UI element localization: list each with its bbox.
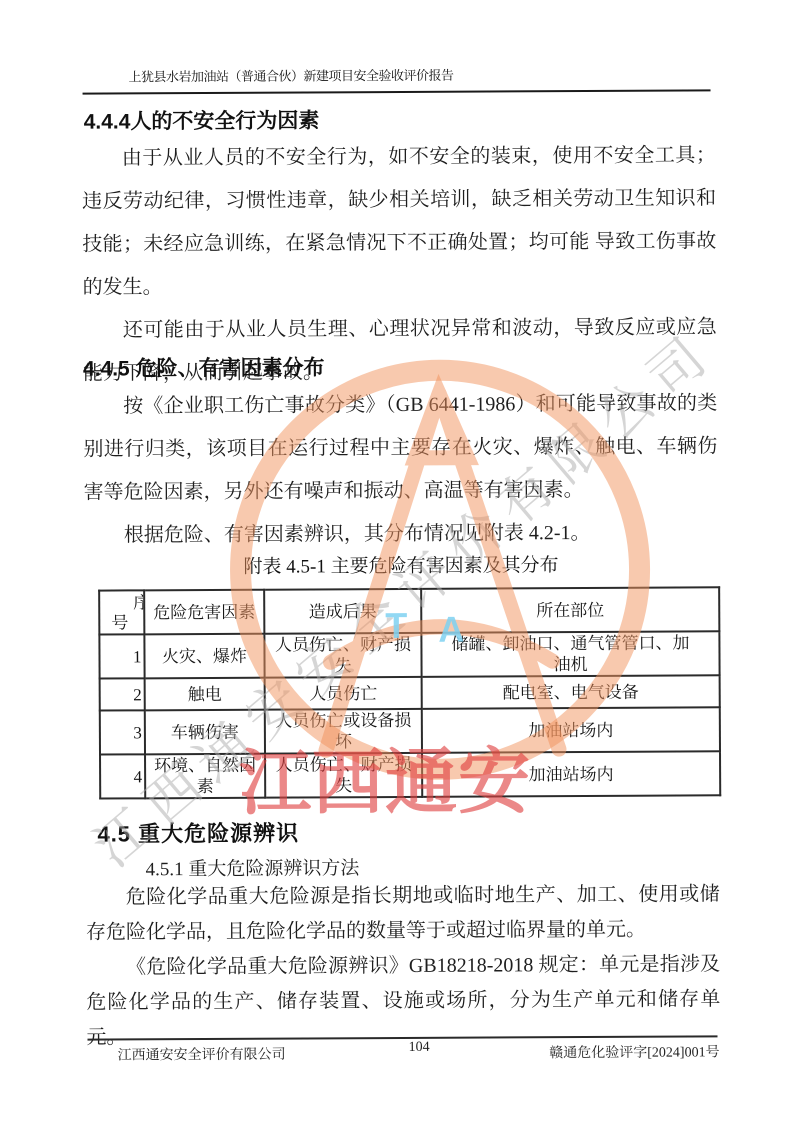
cell-factor: 环境、自然因素: [145, 754, 265, 799]
cell-consequence: 人员伤亡或设备损坏: [265, 709, 422, 754]
running-header-title: 上犹县水岩加油站（普通合伙）新建项目安全验收评价报告: [128, 65, 453, 86]
table-row: 3 车辆伤害 人员伤亡或设备损坏 加油站场内: [100, 707, 720, 754]
hazard-table: 序号 危险危害因素 造成后果 所在部位 1 火灾、爆炸 人员伤亡、财产损失 储罐…: [98, 586, 721, 799]
section-heading-444: 4.4.4人的不安全行为因素: [84, 104, 320, 135]
paragraph: 危险化学品重大危险源是指长期地或临时地生产、加工、使用或储存危险化学品，且危险化…: [86, 877, 720, 950]
section-45-body: 危险化学品重大危险源是指长期地或临时地生产、加工、使用或储存危险化学品，且危险化…: [86, 877, 721, 1055]
cell-seq: 1: [99, 634, 144, 678]
cell-consequence: 人员伤亡、财产损失: [264, 633, 421, 678]
table-caption: 附表 4.5-1 主要危险有害因素及其分布: [84, 549, 718, 579]
document-number: 赣通危化验评字[2024]001号: [549, 1041, 719, 1062]
table-row: 2 触电 人员伤亡 配电室、电气设备: [100, 675, 720, 710]
column-header-location: 所在部位: [421, 587, 719, 633]
cell-consequence: 人员伤亡、财产损失: [265, 753, 422, 798]
cell-location: 储罐、卸油口、通气管管口、加油机: [421, 631, 719, 677]
cell-location: 加油站场内: [422, 707, 720, 753]
footer-company: 江西通安安全评价有限公司: [118, 1044, 286, 1065]
column-header-factor: 危险危害因素: [144, 590, 264, 635]
paragraph: 由于从业人员的不安全行为，如不安全的装束，使用不安全工具；违反劳动纪律，习惯性违…: [82, 134, 717, 309]
section-445-body: 按《企业职工伤亡事故分类》（GB 6441-1986）和可能导致事故的类别进行归…: [83, 382, 718, 557]
table-row: 4 环境、自然因素 人员伤亡、财产损失 加油站场内: [100, 751, 720, 798]
cell-consequence: 人员伤亡: [265, 677, 422, 710]
header-rule: [83, 89, 711, 94]
section-heading-45: 4.5 重大危险源辨识: [97, 817, 299, 849]
cell-factor: 车辆伤害: [145, 710, 265, 755]
table-header-row: 序号 危险危害因素 造成后果 所在部位: [99, 587, 719, 634]
cell-location: 加油站场内: [422, 751, 720, 797]
column-header-seq: 序号: [99, 590, 144, 634]
paragraph: 按《企业职工伤亡事故分类》（GB 6441-1986）和可能导致事故的类别进行归…: [83, 382, 718, 514]
section-heading-451: 4.5.1 重大危险源辨识方法: [146, 853, 360, 881]
section-heading-445: 4.4.5 危险、有害因素分布: [83, 351, 325, 382]
cell-factor: 触电: [145, 678, 265, 711]
cell-factor: 火灾、爆炸: [144, 634, 264, 679]
page-number: 104: [409, 1040, 430, 1056]
cell-location: 配电室、电气设备: [422, 675, 720, 709]
column-header-consequence: 造成后果: [264, 589, 421, 634]
table-row: 1 火灾、爆炸 人员伤亡、财产损失 储罐、卸油口、通气管管口、加油机: [99, 631, 719, 678]
cell-seq: 3: [100, 710, 145, 754]
cell-seq: 4: [100, 754, 145, 798]
cell-seq: 2: [100, 678, 145, 710]
document-page: 上犹县水岩加油站（普通合伙）新建项目安全验收评价报告 4.4.4人的不安全行为因…: [0, 0, 793, 1122]
